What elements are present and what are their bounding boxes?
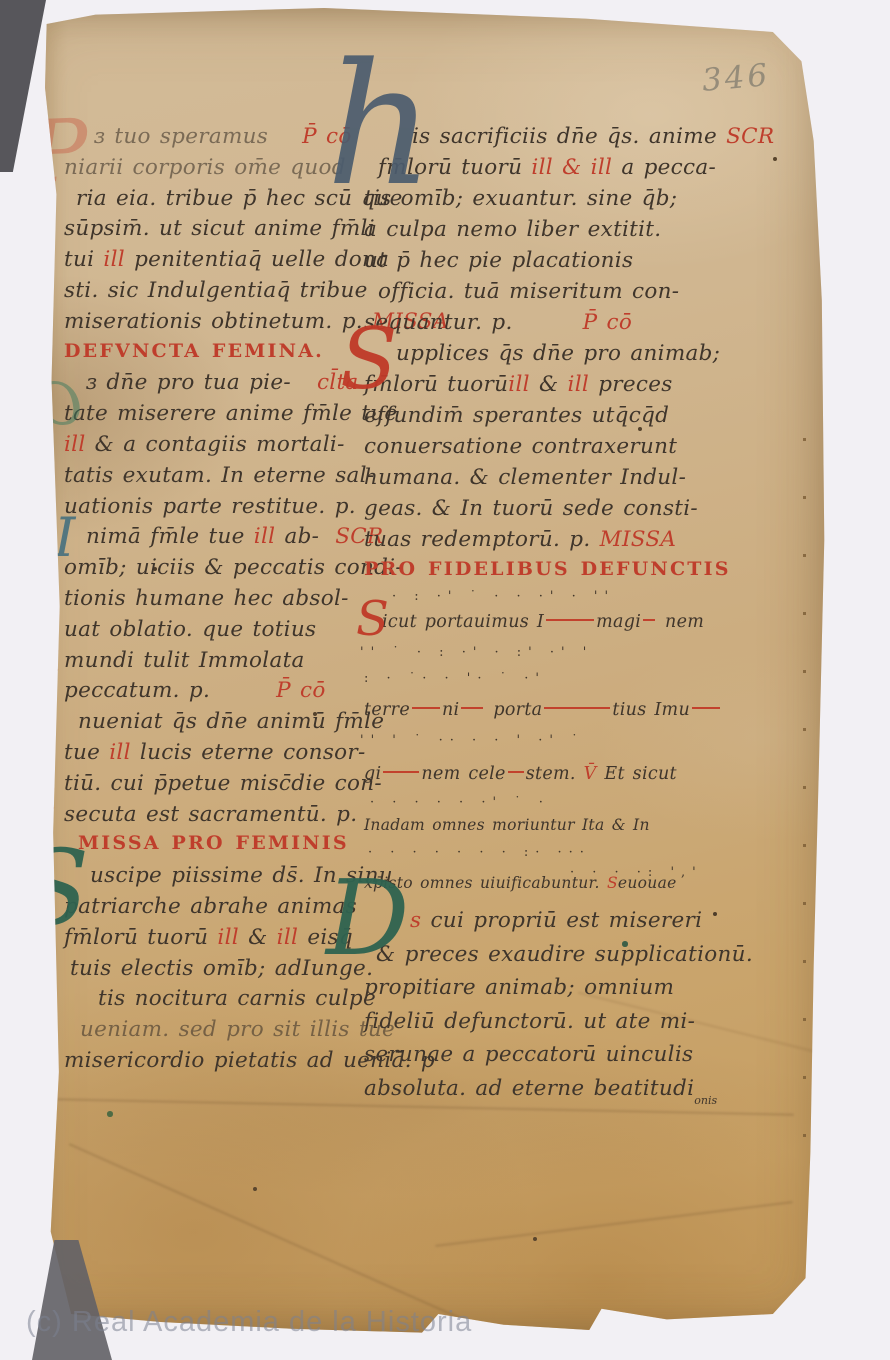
- melisma-extender-line: [461, 707, 483, 709]
- text-segment: tatis exutam. In eterne sal-: [64, 463, 374, 488]
- teal-initial-A: I: [54, 514, 75, 563]
- left-column-line-27: fm̄lorū tuorū ill & ill eisq̄: [64, 927, 353, 949]
- neume-row-3: '' ˙ · : ·' · :' ·' ': [360, 646, 593, 659]
- text-segment: tuas redemptorū. p.: [364, 527, 600, 552]
- text-segment: omīb; uiciis & peccatis condi-: [64, 555, 403, 580]
- neume-row-1: · : ·' ˙ · · ·' · '': [392, 590, 615, 603]
- text-segment: Inadam omnes moriuntur Ita & In: [364, 816, 650, 834]
- text-segment: conuersatione contraxerunt: [364, 434, 677, 459]
- left-column-line-15: omīb; uiciis & peccatis condi-: [64, 557, 403, 579]
- text-segment: ɜ tuo speramus: [94, 124, 268, 149]
- neume-row-4: : · ˙· · '· ˙ ·': [364, 672, 546, 685]
- text-segment: SCR: [726, 124, 774, 149]
- text-segment: lucis eterne consor-: [131, 740, 366, 765]
- text-segment: sti. sic Indulgentiaq̄ tribue: [64, 278, 368, 303]
- melisma-extender-line: [508, 771, 524, 773]
- right-column-line-13: geas. & In tuorū sede consti-: [364, 498, 698, 520]
- left-column-line-9: ɜ dn̄e pro tua pie-cl̄ta: [86, 372, 359, 394]
- text-segment: stem.: [526, 764, 584, 784]
- melisma-extender-line: [383, 771, 419, 773]
- melisma-extender-line: [643, 619, 655, 621]
- text-segment: niarii corporis om̄e quod: [64, 155, 346, 180]
- text-segment: porta: [485, 700, 542, 720]
- right-column-line-15: PRO FIDELIBUS DEFUNCTIS: [364, 560, 731, 579]
- chant-line-5: terreni portatius Imu: [364, 702, 722, 720]
- right-column-line-10: effundim̄ sperantes utq̄cq̄d: [364, 405, 669, 427]
- right-column-line-1: is sacrificiis dn̄e q̄s. anime SCR: [412, 126, 774, 148]
- text-segment: fideliū defunctorū. ut ate mi-: [364, 1009, 695, 1034]
- left-column-line-18: mundi tulit Immolata: [64, 650, 305, 672]
- slate-initial-h: h: [326, 50, 434, 201]
- left-column-line-8: DEFVNCTA FEMINA.: [64, 342, 324, 361]
- text-segment: magi: [596, 612, 641, 632]
- left-column-line-17: uat oblatio. que totius: [64, 619, 316, 641]
- text-segment: tue: [64, 740, 109, 765]
- pricking-holes: [803, 438, 806, 1178]
- right-column-closing-line-4: fideliū defunctorū. ut ate mi-: [364, 1011, 695, 1033]
- text-segment: ni: [442, 700, 459, 720]
- text-segment: nueniat q̄s dn̄e animū fm̄le: [78, 709, 384, 734]
- text-segment: penitentiaq̄ uelle dona: [125, 247, 389, 272]
- text-segment: MISSA: [600, 527, 677, 552]
- text-segment: & preces exaudire supplicationū.: [376, 942, 753, 967]
- parchment-crease: [435, 1201, 793, 1247]
- melisma-extender-line: [546, 619, 594, 621]
- text-segment: ill: [109, 740, 131, 765]
- text-segment: tis nocitura carnis culpe: [98, 986, 376, 1011]
- text-segment: DEFVNCTA FEMINA.: [64, 340, 324, 362]
- right-column-closing-line-6: absoluta. ad eterne beatitudionis: [364, 1078, 717, 1106]
- right-column-line-12: humana. & clementer Indul-: [364, 467, 686, 489]
- text-segment: officia. tuā miseritum con-: [378, 279, 679, 304]
- text-segment: nimā fm̄le tue: [86, 524, 254, 549]
- text-segment: ill: [254, 524, 276, 549]
- text-segment: onis: [694, 1094, 717, 1107]
- right-column-line-14: tuas redemptorū. p. MISSA: [364, 529, 676, 551]
- left-column-line-2: niarii corporis om̄e quod: [64, 157, 346, 179]
- faded-green-initial-O: C: [38, 378, 82, 430]
- text-segment: PRO FIDELIBUS DEFUNCTIS: [364, 558, 731, 580]
- text-segment: absoluta. ad eterne beatitudi: [364, 1076, 694, 1101]
- text-segment: V̄: [584, 764, 605, 784]
- chant-line-9: Inadam omnes moriuntur Ita & In: [364, 818, 650, 834]
- text-segment: ill & ill: [531, 155, 612, 180]
- text-segment: propitiare animab; omnium: [364, 975, 674, 1000]
- text-segment: patriarche abrahe animas: [64, 894, 357, 919]
- text-segment: cui propriū est misereri: [430, 908, 702, 933]
- text-segment: secuta est sacramentū. p.: [64, 802, 357, 827]
- red-initial-S-sicut: S: [356, 598, 389, 641]
- pencil-folio-number: 346: [701, 57, 772, 99]
- text-segment: nem cele: [421, 764, 505, 784]
- text-segment: ill: [277, 925, 299, 950]
- text-segment: Et sicut: [604, 764, 676, 784]
- right-column-line-11: conuersatione contraxerunt: [364, 436, 677, 458]
- right-column-line-5: ut p̄ hec pie placationis: [364, 250, 633, 272]
- text-segment: upplices q̄s dn̄e pro animab;: [396, 341, 720, 366]
- right-column-closing-line-1: s cui propriū est misereri: [410, 910, 702, 932]
- copyright-watermark: (c) Real Academia de la Historia: [26, 1306, 472, 1339]
- text-segment: euouae: [618, 874, 677, 892]
- text-segment: P̄ cō: [276, 678, 326, 703]
- text-segment: mundi tulit Immolata: [64, 648, 305, 673]
- right-column-line-7: sequantur. p.P̄ cō: [364, 312, 632, 334]
- neume-row-6: '' ' ˙ ·· · · ' ·' ˙: [360, 734, 585, 747]
- right-column-closing-line-3: propitiare animab; omnium: [364, 977, 674, 999]
- left-column-line-29: tis nocitura carnis culpe: [98, 988, 376, 1010]
- left-column-line-24: MISSA PRO FEMINIS: [78, 834, 349, 853]
- text-segment: icut portauimus I: [382, 612, 544, 632]
- text-segment: & a contagiis mortali-: [86, 432, 345, 457]
- binding-braid: [13, 202, 46, 263]
- text-segment: is sacrificiis dn̄e q̄s. anime: [412, 124, 726, 149]
- text-segment: preces: [589, 372, 673, 397]
- left-column-line-22: tiū. cui p̄petue misc̄die con-: [64, 773, 382, 795]
- left-column-line-19: peccatum. p.P̄ cō: [64, 680, 326, 702]
- left-column-line-16: tionis humane hec absol-: [64, 588, 349, 610]
- text-segment: ab-: [275, 524, 319, 549]
- binding-braid: [12, 559, 45, 620]
- faded-red-initial-P: P: [29, 113, 90, 192]
- text-segment: tius Imu: [612, 700, 690, 720]
- text-segment: serunae a peccatorū uinculis: [364, 1042, 693, 1067]
- text-segment: S: [607, 874, 618, 892]
- text-segment: ill: [217, 925, 239, 950]
- text-segment: s: [410, 908, 430, 933]
- cradle-wedge-top-left: [0, 0, 46, 172]
- text-segment: geas. & In tuorū sede consti-: [364, 496, 698, 521]
- text-segment: nem: [657, 612, 704, 632]
- binding-braid: [11, 307, 44, 368]
- right-column-closing-line-5: serunae a peccatorū uinculis: [364, 1044, 693, 1066]
- left-column-line-23: secuta est sacramentū. p.: [64, 804, 357, 826]
- left-column-line-30: ueniam. sed pro sit illis tue: [80, 1019, 395, 1041]
- text-segment: &: [530, 372, 568, 397]
- right-column-line-8: upplices q̄s dn̄e pro animab;: [396, 343, 720, 365]
- text-segment: a pecca-: [612, 155, 716, 180]
- melisma-extender-line: [544, 707, 610, 709]
- text-segment: tionis humane hec absol-: [64, 586, 349, 611]
- chant-line-7: ginem celestem. V̄ Et sicut: [364, 766, 677, 784]
- text-segment: P̄ cō: [583, 310, 633, 335]
- text-segment: MISSA PRO FEMINIS: [78, 832, 349, 854]
- green-initial-S: S: [18, 842, 89, 936]
- text-segment: ill: [568, 372, 590, 397]
- left-column-line-13: uationis parte restitue. p.: [64, 496, 356, 518]
- binding-braid: [14, 422, 47, 483]
- text-segment: &: [239, 925, 277, 950]
- text-segment: gi: [364, 764, 381, 784]
- red-initial-S-supplices: S: [340, 322, 398, 398]
- melisma-extender-line: [692, 707, 720, 709]
- green-initial-D: D: [326, 872, 409, 966]
- text-segment: ill: [103, 247, 125, 272]
- left-column-line-11: ill & a contagiis mortali-: [64, 434, 345, 456]
- text-segment: uationis parte restitue. p.: [64, 494, 356, 519]
- left-column-line-26: patriarche abrahe animas: [64, 896, 357, 918]
- text-segment: ueniam. sed pro sit illis tue: [80, 1017, 395, 1042]
- text-segment: terre: [364, 700, 410, 720]
- left-column-line-6: sti. sic Indulgentiaq̄ tribue: [64, 280, 368, 302]
- text-segment: effundim̄ sperantes utq̄cq̄d: [364, 403, 669, 428]
- red-margin-stroke-3: ı: [44, 778, 57, 814]
- left-column-line-1: ɜ tuo speramusP̄ cō: [94, 126, 352, 148]
- left-column-line-12: tatis exutam. In eterne sal-: [64, 465, 374, 487]
- text-segment: peccatum. p.: [64, 678, 210, 703]
- red-margin-stroke-1: ı: [48, 640, 61, 676]
- chant-line-12: xp̄isto omnes uiuificabuntur. Seuouae: [364, 876, 677, 892]
- text-segment: tui: [64, 247, 103, 272]
- left-column-line-5: tui ill penitentiaq̄ uelle dona: [64, 249, 389, 271]
- text-segment: miserationis obtinetum. p.: [64, 309, 372, 334]
- neume-row-8: · · · · · ·' ˙ ·: [370, 796, 550, 809]
- text-segment: ill: [508, 372, 530, 397]
- chant-line-2: icut portauimus Imagi nem: [382, 614, 704, 632]
- right-column-line-9: fm̄lorū tuorūill & ill preces: [364, 374, 673, 396]
- text-segment: humana. & clementer Indul-: [364, 465, 686, 490]
- text-segment: ɜ dn̄e pro tua pie-: [86, 370, 291, 395]
- manuscript-page: ɜ tuo speramusP̄ cōniarii corporis om̄e …: [14, 8, 830, 1338]
- text-segment: uat oblatio. que totius: [64, 617, 316, 642]
- text-segment: tiū. cui p̄petue misc̄die con-: [64, 771, 382, 796]
- right-column-line-6: officia. tuā miseritum con-: [378, 281, 679, 303]
- text-segment: ut p̄ hec pie placationis: [364, 248, 633, 273]
- left-column-line-20: nueniat q̄s dn̄e animū fm̄le: [78, 711, 384, 733]
- melisma-extender-line: [412, 707, 440, 709]
- left-column-line-21: tue ill lucis eterne consor-: [64, 742, 366, 764]
- right-column-closing-line-2: & preces exaudire supplicationū.: [376, 944, 753, 966]
- left-column-line-14: nimā fm̄le tue ill ab-SCR: [86, 526, 384, 548]
